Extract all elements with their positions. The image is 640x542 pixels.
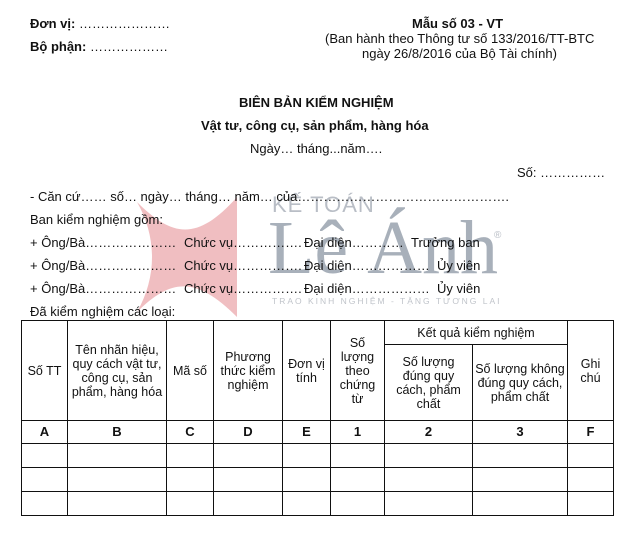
header-qty-ok: Số lượng đúng quy cách, phẩm chất bbox=[385, 345, 473, 421]
table-cell[interactable] bbox=[385, 492, 473, 516]
index-cell: C bbox=[167, 421, 214, 444]
page-title: BIÊN BẢN KIỂM NGHIỆM bbox=[239, 95, 394, 110]
committee-label: Ban kiểm nghiệm gồm: bbox=[30, 212, 163, 227]
inspection-table: Số TT Tên nhãn hiệu, quy cách vật tư, cô… bbox=[21, 320, 614, 516]
header-result-group: Kết quả kiểm nghiệm bbox=[385, 321, 568, 345]
header-note: Ghi chú bbox=[568, 321, 614, 421]
member-2-name: + Ông/Bà………………… bbox=[30, 258, 176, 273]
member-1-role: Trưởng ban bbox=[411, 235, 480, 250]
table-cell[interactable] bbox=[22, 492, 68, 516]
unit-value[interactable]: ………………… bbox=[79, 16, 170, 31]
table-cell[interactable] bbox=[473, 444, 568, 468]
watermark-tagline: TRAO KINH NGHIỆM - TẶNG TƯƠNG LAI bbox=[272, 296, 501, 306]
table-cell[interactable] bbox=[568, 468, 614, 492]
table-cell[interactable] bbox=[214, 492, 283, 516]
table-cell[interactable] bbox=[568, 492, 614, 516]
table-cell[interactable] bbox=[167, 468, 214, 492]
index-cell: D bbox=[214, 421, 283, 444]
member-1-position: Chức vụ……………. bbox=[184, 235, 302, 250]
page-subtitle: Vật tư, công cụ, sản phẩm, hàng hóa bbox=[201, 118, 429, 133]
table-cell[interactable] bbox=[283, 492, 331, 516]
index-cell: 3 bbox=[473, 421, 568, 444]
table-cell[interactable] bbox=[167, 492, 214, 516]
table-row bbox=[22, 444, 614, 468]
header-qty-bad: Số lượng không đúng quy cách, phẩm chất bbox=[473, 345, 568, 421]
member-2-position: Chức vụ……………. bbox=[184, 258, 302, 273]
index-cell: B bbox=[68, 421, 167, 444]
index-row: A B C D E 1 2 3 F bbox=[22, 421, 614, 444]
unit-label: Đơn vị: bbox=[30, 16, 75, 31]
issued-line-2: ngày 26/8/2016 của Bộ Tài chính) bbox=[362, 46, 557, 61]
table-cell[interactable] bbox=[283, 444, 331, 468]
member-1-represent: Đại diện………… bbox=[304, 235, 404, 250]
header-name: Tên nhãn hiệu, quy cách vật tư, công cụ,… bbox=[68, 321, 167, 421]
member-3-name: + Ông/Bà………………… bbox=[30, 281, 176, 296]
number-field: Số: …………… bbox=[517, 165, 605, 180]
table-cell[interactable] bbox=[283, 468, 331, 492]
basis-line: - Căn cứ…… số… ngày… tháng… năm… của…………… bbox=[30, 189, 509, 204]
index-cell: 1 bbox=[331, 421, 385, 444]
table-row bbox=[22, 468, 614, 492]
header-code: Mã số bbox=[167, 321, 214, 421]
table-cell[interactable] bbox=[214, 468, 283, 492]
member-1-name: + Ông/Bà………………… bbox=[30, 235, 176, 250]
dept-field: Bộ phận: ……………… bbox=[30, 39, 168, 54]
issued-line-1: (Ban hành theo Thông tư số 133/2016/TT-B… bbox=[325, 31, 594, 46]
member-3-position: Chức vụ……………. bbox=[184, 281, 302, 296]
index-cell: A bbox=[22, 421, 68, 444]
watermark-registered-mark: ® bbox=[494, 230, 501, 241]
date-line: Ngày… tháng...năm…. bbox=[250, 141, 382, 156]
table-row bbox=[22, 492, 614, 516]
table-cell[interactable] bbox=[68, 492, 167, 516]
inspected-label: Đã kiểm nghiệm các loại: bbox=[30, 304, 175, 319]
table-cell[interactable] bbox=[68, 468, 167, 492]
form-code: Mẫu số 03 - VT bbox=[412, 16, 503, 31]
table-cell[interactable] bbox=[331, 444, 385, 468]
index-cell: 2 bbox=[385, 421, 473, 444]
table-cell[interactable] bbox=[331, 468, 385, 492]
dept-label: Bộ phận: bbox=[30, 39, 86, 54]
dept-value[interactable]: ……………… bbox=[90, 39, 168, 54]
number-value[interactable]: …………… bbox=[540, 165, 605, 180]
table-cell[interactable] bbox=[214, 444, 283, 468]
header-qty-doc: Số lượng theo chứng từ bbox=[331, 321, 385, 421]
member-2-role: Ủy viên bbox=[437, 258, 480, 273]
header-stt: Số TT bbox=[22, 321, 68, 421]
table-cell[interactable] bbox=[385, 468, 473, 492]
index-cell: E bbox=[283, 421, 331, 444]
table-cell[interactable] bbox=[385, 444, 473, 468]
table-cell[interactable] bbox=[473, 468, 568, 492]
number-label: Số: bbox=[517, 165, 537, 180]
index-cell: F bbox=[568, 421, 614, 444]
table-cell[interactable] bbox=[22, 468, 68, 492]
unit-field: Đơn vị: ………………… bbox=[30, 16, 170, 31]
table-cell[interactable] bbox=[331, 492, 385, 516]
member-3-role: Ủy viên bbox=[437, 281, 480, 296]
table-cell[interactable] bbox=[22, 444, 68, 468]
header-unit: Đơn vị tính bbox=[283, 321, 331, 421]
table-cell[interactable] bbox=[167, 444, 214, 468]
table-cell[interactable] bbox=[68, 444, 167, 468]
member-3-represent: Đại diện……………… bbox=[304, 281, 430, 296]
table-cell[interactable] bbox=[473, 492, 568, 516]
table-cell[interactable] bbox=[568, 444, 614, 468]
header-method: Phương thức kiểm nghiệm bbox=[214, 321, 283, 421]
member-2-represent: Đại diện……………… bbox=[304, 258, 430, 273]
